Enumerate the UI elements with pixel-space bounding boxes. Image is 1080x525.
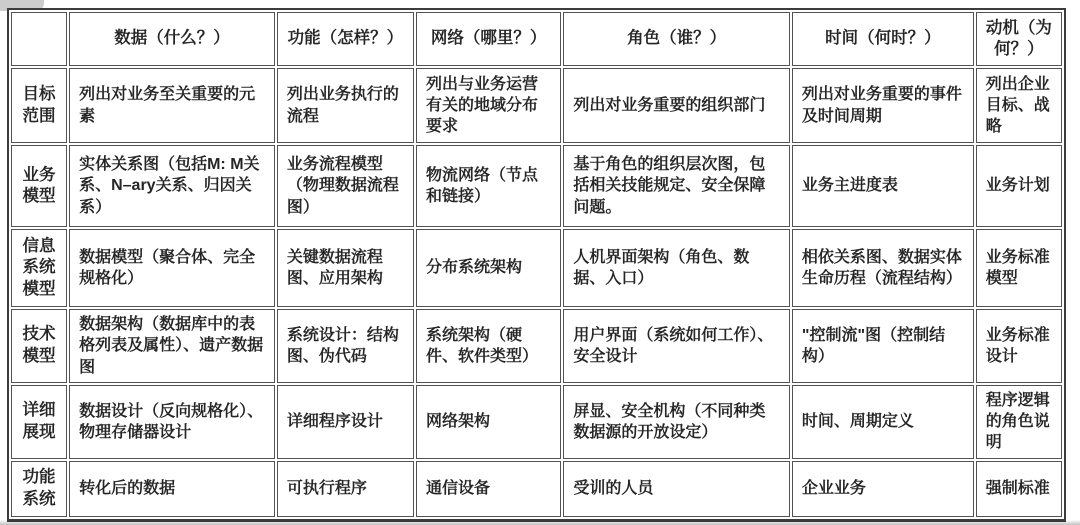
column-header-function: 功能（怎样？） bbox=[277, 12, 414, 66]
header-row: 数据（什么？） 功能（怎样？） 网络（哪里？） 角色（谁？） 时间（何时？） 动… bbox=[11, 12, 1062, 66]
table-row-functioning-system: 功能系统 转化后的数据 可执行程序 通信设备 受训的人员 企业业务 强制标准 bbox=[11, 461, 1062, 517]
table-cell: 列出对业务重要的组织部门 bbox=[563, 68, 790, 143]
table-row-detailed-representation: 详细展现 数据设计（反向规格化）、物理存储器设计 详细程序设计 网络架构 屏显、… bbox=[11, 385, 1062, 459]
table-cell: 相依关系图、数据实体生命历程（流程结构） bbox=[792, 229, 974, 307]
row-header-business-model: 业务模型 bbox=[11, 145, 67, 227]
table-cell: 列出与业务运营有关的地域分布要求 bbox=[416, 68, 561, 143]
table-row-scope: 目标范围 列出对业务至关重要的元素 列出业务执行的流程 列出与业务运营有关的地域… bbox=[11, 68, 1062, 143]
table-cell: 数据模型（聚合体、完全规格化） bbox=[69, 229, 275, 307]
table-cell: 业务流程模型（物理数据流程图） bbox=[277, 145, 414, 227]
table-cell: 系统架构（硬件、软件类型） bbox=[416, 309, 561, 383]
column-header-time: 时间（何时？） bbox=[792, 12, 974, 66]
table-cell: 实体关系图（包括M: M关系、N–ary关系、归因关系） bbox=[69, 145, 275, 227]
table-cell: 转化后的数据 bbox=[69, 461, 275, 517]
table-cell: 基于角色的组织层次图，包括相关技能规定、安全保障问题。 bbox=[563, 145, 790, 227]
bottom-edge-shadow bbox=[0, 520, 1080, 525]
table-cell: 可执行程序 bbox=[277, 461, 414, 517]
table-cell: 列出业务执行的流程 bbox=[277, 68, 414, 143]
table-cell: 通信设备 bbox=[416, 461, 561, 517]
table-cell: 业务主进度表 bbox=[792, 145, 974, 227]
table-cell: 业务计划 bbox=[976, 145, 1062, 227]
table-cell: 屏显、安全机构（不同种类数据源的开放设定） bbox=[563, 385, 790, 459]
page: 数据（什么？） 功能（怎样？） 网络（哪里？） 角色（谁？） 时间（何时？） 动… bbox=[0, 0, 1080, 525]
corner-cell bbox=[11, 12, 67, 66]
table-cell: 关键数据流程图、应用架构 bbox=[277, 229, 414, 307]
column-header-role: 角色（谁？） bbox=[563, 12, 790, 66]
table-cell: 列出企业目标、战略 bbox=[976, 68, 1062, 143]
table-cell: 企业业务 bbox=[792, 461, 974, 517]
row-header-information-system-model: 信息系统模型 bbox=[11, 229, 67, 307]
row-header-detailed-representation: 详细展现 bbox=[11, 385, 67, 459]
table-cell: 详细程序设计 bbox=[277, 385, 414, 459]
row-header-scope: 目标范围 bbox=[11, 68, 67, 143]
table-cell: 用户界面（系统如何工作）、安全设计 bbox=[563, 309, 790, 383]
table-cell: "控制流"图（控制结构） bbox=[792, 309, 974, 383]
row-header-technology-model: 技术模型 bbox=[11, 309, 67, 383]
table-cell: 数据架构（数据库中的表格列表及属性）、遗产数据图 bbox=[69, 309, 275, 383]
table-cell: 时间、周期定义 bbox=[792, 385, 974, 459]
table-cell: 网络架构 bbox=[416, 385, 561, 459]
table-cell: 受训的人员 bbox=[563, 461, 790, 517]
table-row-business-model: 业务模型 实体关系图（包括M: M关系、N–ary关系、归因关系） 业务流程模型… bbox=[11, 145, 1062, 227]
table-cell: 程序逻辑的角色说明 bbox=[976, 385, 1062, 459]
table-cell: 数据设计（反向规格化）、物理存储器设计 bbox=[69, 385, 275, 459]
column-header-motivation: 动机（为何？） bbox=[976, 12, 1062, 66]
table-cell: 列出对业务重要的事件及时间周期 bbox=[792, 68, 974, 143]
table-cell: 业务标准设计 bbox=[976, 309, 1062, 383]
column-header-data: 数据（什么？） bbox=[69, 12, 275, 66]
table-cell: 物流网络（节点和链接） bbox=[416, 145, 561, 227]
column-header-network: 网络（哪里？） bbox=[416, 12, 561, 66]
table-cell: 强制标准 bbox=[976, 461, 1062, 517]
table-cell: 业务标准模型 bbox=[976, 229, 1062, 307]
table-cell: 列出对业务至关重要的元素 bbox=[69, 68, 275, 143]
row-header-functioning-system: 功能系统 bbox=[11, 461, 67, 517]
architecture-matrix-table: 数据（什么？） 功能（怎样？） 网络（哪里？） 角色（谁？） 时间（何时？） 动… bbox=[7, 8, 1066, 522]
table-row-technology-model: 技术模型 数据架构（数据库中的表格列表及属性）、遗产数据图 系统设计：结构图、伪… bbox=[11, 309, 1062, 383]
table-cell: 分布系统架构 bbox=[416, 229, 561, 307]
table-cell: 人机界面架构（角色、数据、入口） bbox=[563, 229, 790, 307]
table-row-information-system-model: 信息系统模型 数据模型（聚合体、完全规格化） 关键数据流程图、应用架构 分布系统… bbox=[11, 229, 1062, 307]
table-cell: 系统设计：结构图、伪代码 bbox=[277, 309, 414, 383]
